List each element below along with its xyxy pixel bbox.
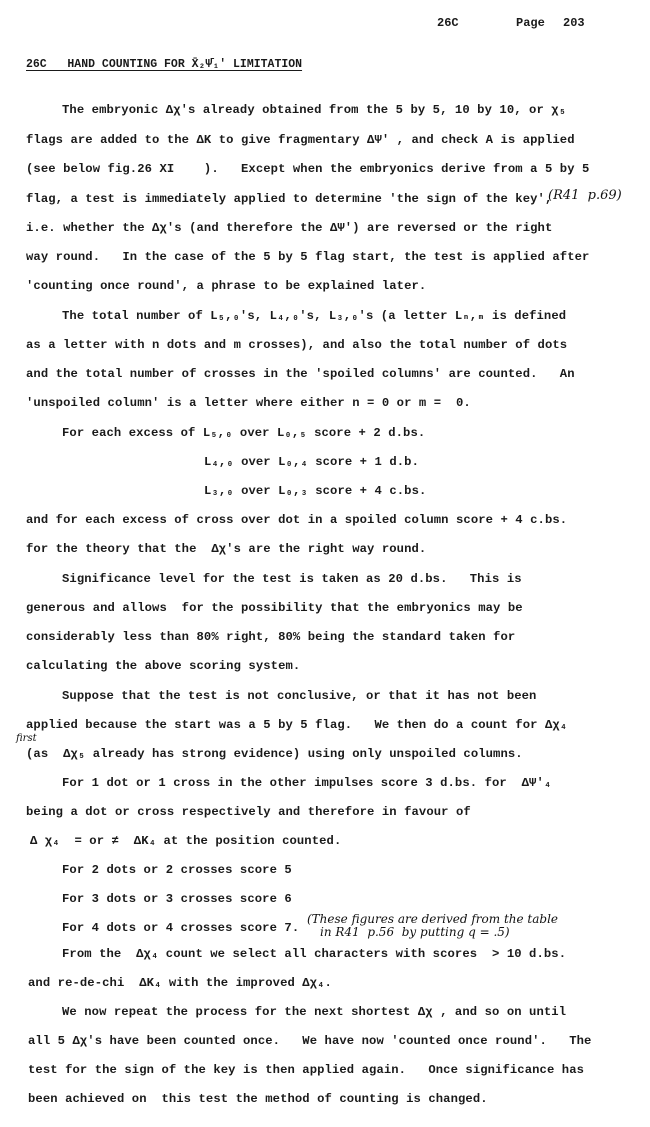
- handwritten-reference: (R41 p.69): [548, 190, 622, 202]
- text-line: been achieved on this test the method of…: [28, 1092, 488, 1106]
- text-line: Significance level for the test is taken…: [62, 572, 522, 586]
- handwritten-note: in R41 p.56 by putting q = .5): [320, 926, 510, 938]
- text-line: flags are added to the ΔK to give fragme…: [26, 133, 575, 147]
- text-line: Suppose that the test is not conclusive,…: [62, 689, 536, 703]
- page-label: Page: [516, 16, 545, 30]
- scoring-rule: L₃,₀ over L₀,₃ score + 4 c.bs.: [204, 484, 426, 498]
- handwritten-note: (These figures are derived from the tabl…: [307, 913, 558, 925]
- scoring-rule: For 2 dots or 2 crosses score 5: [62, 863, 292, 877]
- text-line: as a letter with n dots and m crosses), …: [26, 338, 567, 352]
- text-line: flag, a test is immediately applied to d…: [26, 192, 552, 206]
- text-line: test for the sign of the key is then app…: [28, 1063, 584, 1077]
- text-line: generous and allows for the possibility …: [26, 601, 523, 615]
- text-line: (as Δχ₅ already has strong evidence) usi…: [26, 747, 523, 761]
- scoring-rule: L₄,₀ over L₀,₄ score + 1 d.b.: [204, 455, 419, 469]
- text-line: Δ χ₄ = or ≠ ΔK₄ at the position counted.: [30, 834, 341, 848]
- text-line: and the total number of crosses in the '…: [26, 367, 575, 381]
- text-line: calculating the above scoring system.: [26, 659, 300, 673]
- text-line: all 5 Δχ's have been counted once. We ha…: [28, 1034, 591, 1048]
- text-line: and re-de-chi ΔK₄ with the improved Δχ₄.: [28, 976, 332, 990]
- scoring-rule: For each excess of L₅,₀ over L₀,₅ score …: [62, 426, 425, 440]
- text-line: applied because the start was a 5 by 5 f…: [26, 718, 567, 732]
- handwritten-insert: first: [16, 733, 37, 745]
- text-line: and for each excess of cross over dot in…: [26, 513, 567, 527]
- text-line: The total number of L₅,₀'s, L₄,₀'s, L₃,₀…: [62, 309, 566, 323]
- text-line: i.e. whether the Δχ's (and therefore the…: [26, 221, 552, 235]
- text-line: for the theory that the Δχ's are the rig…: [26, 542, 426, 556]
- scoring-rule: For 3 dots or 3 crosses score 6: [62, 892, 292, 906]
- text-line: 'counting once round', a phrase to be ex…: [26, 279, 426, 293]
- text-line: We now repeat the process for the next s…: [62, 1005, 566, 1019]
- section-title: 26C HAND COUNTING FOR X̄₂Ψ̄₁′ LIMITATION: [26, 58, 302, 71]
- scoring-rule: For 4 dots or 4 crosses score 7.: [62, 921, 299, 935]
- text-line: 'unspoiled column' is a letter where eit…: [26, 396, 471, 410]
- document-page: 26C Page 203 26C HAND COUNTING FOR X̄₂Ψ̄…: [0, 0, 650, 1127]
- text-line: The embryonic Δχ's already obtained from…: [62, 103, 566, 117]
- text-line: From the Δχ₄ count we select all charact…: [62, 947, 566, 961]
- text-line: way round. In the case of the 5 by 5 fla…: [26, 250, 589, 264]
- text-line: being a dot or cross respectively and th…: [26, 805, 471, 819]
- section-number: 26C: [437, 16, 459, 30]
- text-line: considerably less than 80% right, 80% be…: [26, 630, 515, 644]
- page-number: 203: [563, 16, 585, 30]
- text-line: (see below fig.26 XI ). Except when the …: [26, 162, 589, 176]
- text-line: For 1 dot or 1 cross in the other impuls…: [62, 776, 551, 790]
